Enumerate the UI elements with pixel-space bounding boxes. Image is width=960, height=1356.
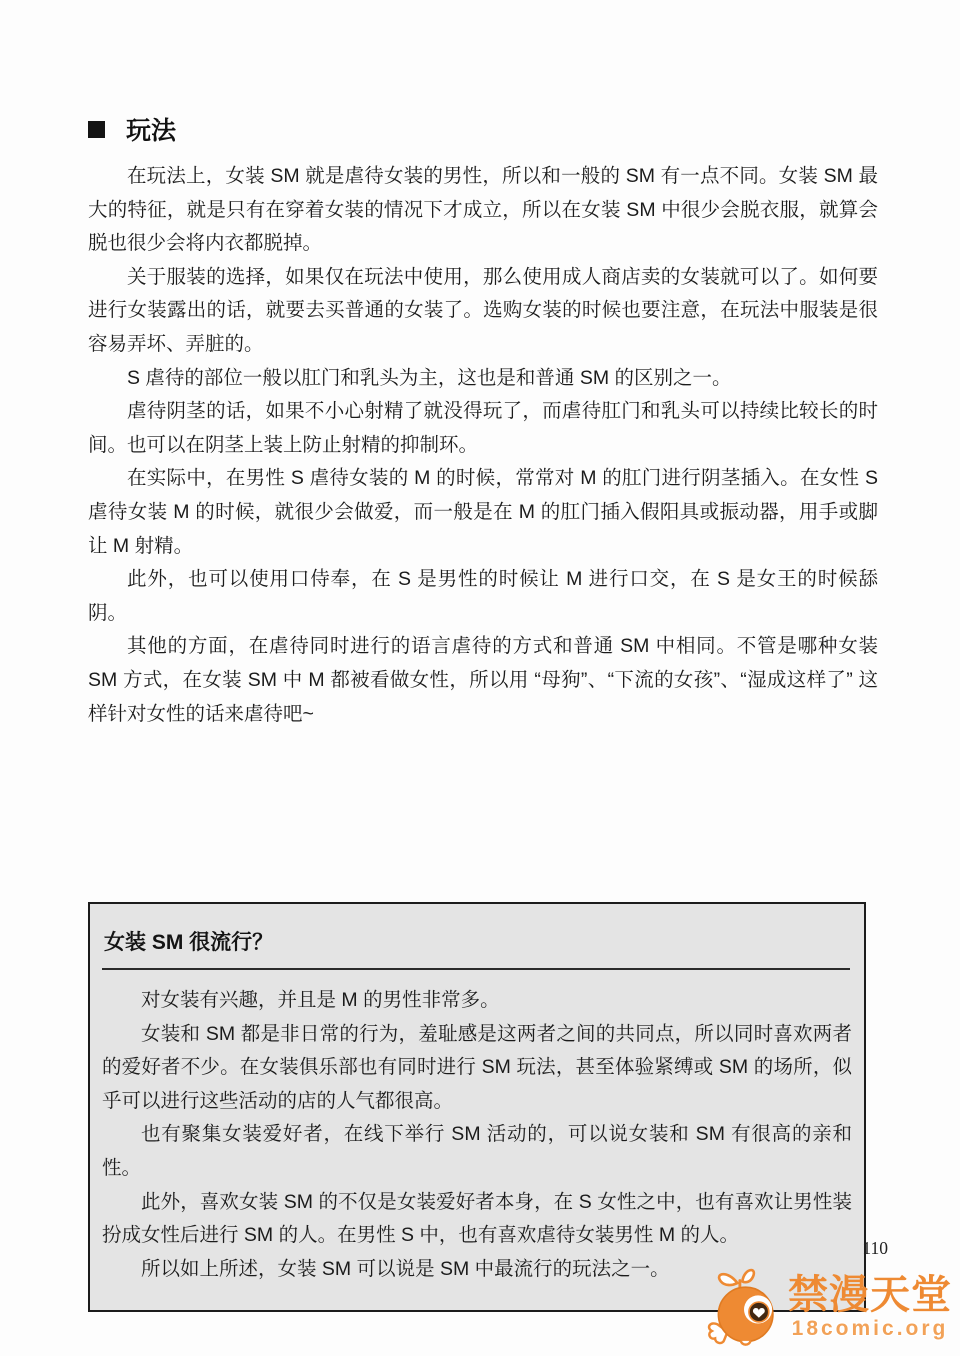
body-paragraph: 其他的方面，在虐待同时进行的语言虐待的方式和普通 SM 中相同。不管是哪种女装 … bbox=[88, 630, 878, 731]
info-box-paragraph: 女装和 SM 都是非日常的行为，羞耻感是这两者之间的共同点，所以同时喜欢两者的爱… bbox=[102, 1018, 852, 1119]
section-heading: 玩法 bbox=[88, 114, 878, 144]
info-box-paragraph: 也有聚集女装爱好者，在线下举行 SM 活动的，可以说女装和 SM 有很高的亲和性… bbox=[102, 1118, 852, 1185]
body-paragraph: 关于服装的选择，如果仅在玩法中使用，那么使用成人商店卖的女装就可以了。如何要进行… bbox=[88, 261, 878, 362]
page-number: 110 bbox=[862, 1238, 888, 1259]
body-paragraph: 在实际中，在男性 S 虐待女装的 M 的时候，常常对 M 的肛门进行阴茎插入。在… bbox=[88, 462, 878, 563]
info-box-paragraph: 对女装有兴趣，并且是 M 的男性非常多。 bbox=[102, 984, 852, 1018]
body-paragraph: 此外，也可以使用口侍奉，在 S 是男性的时候让 M 进行口交，在 S 是女王的时… bbox=[88, 563, 878, 630]
watermark: 禁漫天堂 18comic.org bbox=[706, 1266, 952, 1348]
section-body: 在玩法上，女装 SM 就是虐待女装的男性，所以和一般的 SM 有一点不同。女装 … bbox=[88, 160, 878, 731]
info-box: 女装 SM 很流行？ 对女装有兴趣，并且是 M 的男性非常多。 女装和 SM 都… bbox=[88, 902, 866, 1312]
mascot-whale-icon bbox=[706, 1266, 782, 1348]
document-page: { "page": { "number": "110" }, "section"… bbox=[0, 0, 960, 1356]
page-content: 玩法 在玩法上，女装 SM 就是虐待女装的男性，所以和一般的 SM 有一点不同。… bbox=[88, 114, 878, 1312]
info-box-title: 女装 SM 很流行？ bbox=[102, 920, 850, 970]
watermark-text: 禁漫天堂 18comic.org bbox=[788, 1274, 952, 1341]
watermark-site-name: 禁漫天堂 bbox=[788, 1274, 952, 1316]
body-paragraph: 虐待阴茎的话，如果不小心射精了就没得玩了，而虐待肛门和乳头可以持续比较长的时间。… bbox=[88, 395, 878, 462]
body-paragraph: S 虐待的部位一般以肛门和乳头为主，这也是和普通 SM 的区别之一。 bbox=[88, 362, 878, 396]
section-bullet-icon bbox=[88, 121, 105, 138]
info-box-paragraph: 此外，喜欢女装 SM 的不仅是女装爱好者本身，在 S 女性之中，也有喜欢让男性装… bbox=[102, 1186, 852, 1253]
body-paragraph: 在玩法上，女装 SM 就是虐待女装的男性，所以和一般的 SM 有一点不同。女装 … bbox=[88, 160, 878, 261]
section-title: 玩法 bbox=[126, 111, 176, 147]
watermark-site-url: 18comic.org bbox=[788, 1317, 952, 1341]
